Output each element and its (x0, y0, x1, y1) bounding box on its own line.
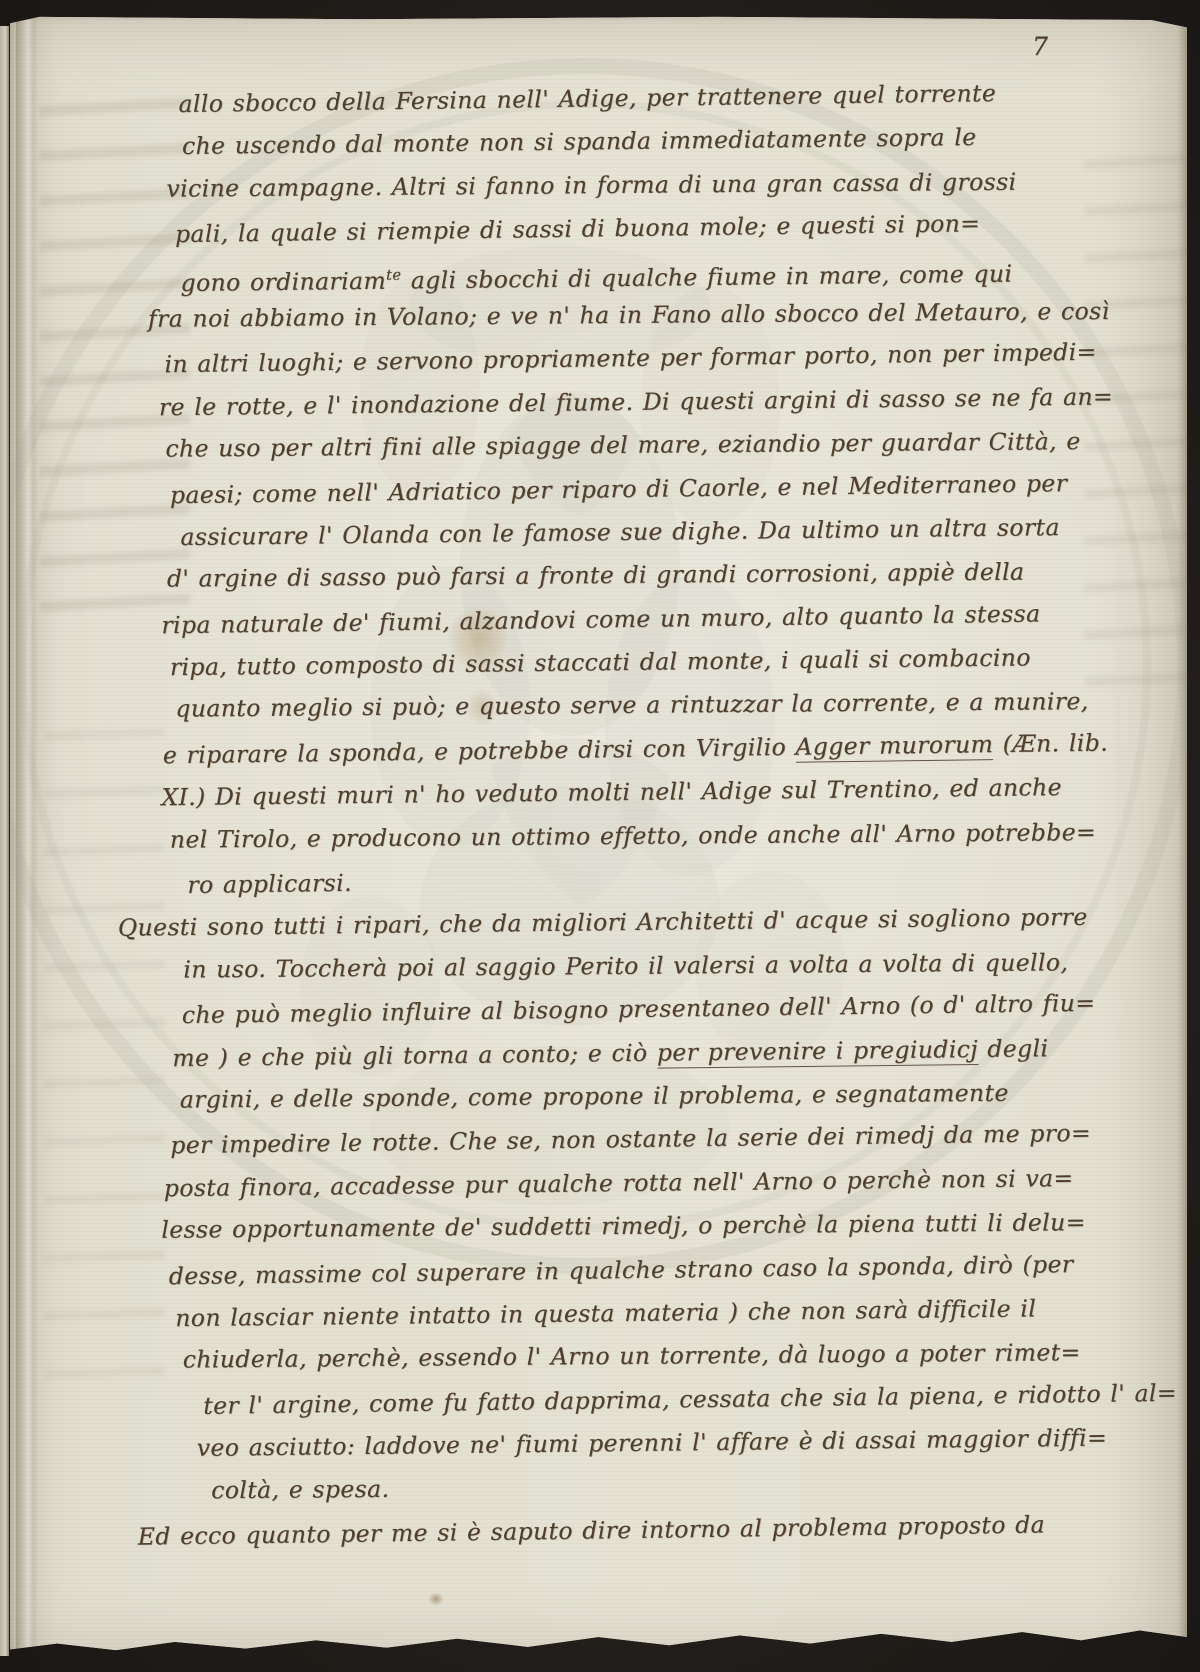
line-text: Questi sono tutti i ripari, che da migli… (118, 903, 1088, 942)
line-text: per impedire le rotte. Che se, non ostan… (170, 1119, 1091, 1159)
line-text: e riparare la sponda, e potrebbe dirsi c… (163, 733, 796, 769)
manuscript-scan: 7 allo sbocco della Fersina nell' Adige,… (0, 0, 1200, 1672)
line-text: te (386, 266, 401, 283)
line-text: Ed ecco quanto per me si è saputo dire i… (138, 1510, 1046, 1550)
line-text: lesse opportunamente de' suddetti rimedj… (161, 1208, 1086, 1244)
line-text: ro applicarsi. (187, 869, 352, 899)
line-text: coltà, e spesa. (211, 1474, 389, 1503)
line-text: fra noi abbiamo in Volano; e ve n' ha in… (148, 297, 1110, 333)
paper-sheet: 7 allo sbocco della Fersina nell' Adige,… (10, 16, 1187, 1660)
line-text: paesi; come nell' Adriatico per riparo d… (170, 469, 1068, 509)
line-text: ter l' argine, come fu fatto dapprima, c… (203, 1378, 1177, 1419)
facing-page-edge (0, 26, 9, 1656)
line-text: assicurare l' Olanda con le famose sue d… (180, 513, 1060, 551)
line-text: chiuderla, perchè, essendo l' Arno un to… (183, 1339, 1081, 1374)
line-text: allo sbocco della Fersina nell' Adige, p… (178, 79, 996, 118)
line-text: desse, massime col superare in qualche s… (169, 1250, 1074, 1290)
line-text: veo asciutto: laddove ne' fiumi perenni … (197, 1424, 1108, 1462)
line-text: ripa naturale de' fiumi, alzandovi come … (161, 599, 1040, 639)
line-text: argini, e delle sponde, come propone il … (180, 1079, 1009, 1114)
line-text: gono ordinariam (180, 266, 386, 296)
line-text: vicine campagne. Altri si fanno in forma… (166, 167, 1016, 202)
line-text: me ) e che più gli torna a conto; e ciò (172, 1038, 657, 1071)
paper-stain (428, 1592, 444, 1606)
line-text: non lasciar niente intatto in questa mat… (175, 1294, 1036, 1332)
line-text: posta finora, accadesse pur qualche rott… (164, 1164, 1074, 1202)
line-text: quanto meglio si può; e questo serve a r… (175, 688, 1088, 723)
text-block: allo sbocco della Fersina nell' Adige, p… (173, 71, 1150, 1557)
line-text: che può meglio influire al bisogno prese… (182, 989, 1096, 1029)
bleed-through-text-lower (45, 716, 165, 1416)
line-text: ripa, tutto composto di sassi staccati d… (170, 643, 1031, 681)
underlined-phrase: per prevenire i pregiudicj (657, 1035, 978, 1069)
line-text: XI.) Di questi muri n' ho veduto molti n… (161, 773, 1062, 811)
line-text: (Æn. lib. (993, 728, 1108, 758)
line-text: in altri luoghi; e servono propriamente … (164, 338, 1097, 379)
line-text: re le rotte, e l' inondazione del fiume.… (159, 382, 1113, 421)
underlined-phrase: Agger murorum (795, 730, 993, 763)
line-text: che uscendo dal monte non si spanda imme… (182, 123, 977, 160)
line-text: nel Tirolo, e producono un ottimo effett… (170, 818, 1096, 854)
page-number: 7 (1032, 32, 1048, 61)
line-text: pali, la quale si riempie di sassi di bu… (175, 209, 981, 248)
line-text: degli (978, 1034, 1049, 1063)
line-text: agli sbocchi di qualche fiume in mare, c… (401, 259, 1012, 294)
line-text: in uso. Toccherà poi al saggio Perito il… (183, 948, 1068, 983)
line-text: d' argine di sasso può farsi a fronte di… (167, 558, 1025, 593)
right-edge-shadow (1177, 16, 1187, 1660)
line-text: che uso per altri fini alle spiagge del … (165, 427, 1080, 463)
left-fold-crease (16, 16, 38, 1660)
